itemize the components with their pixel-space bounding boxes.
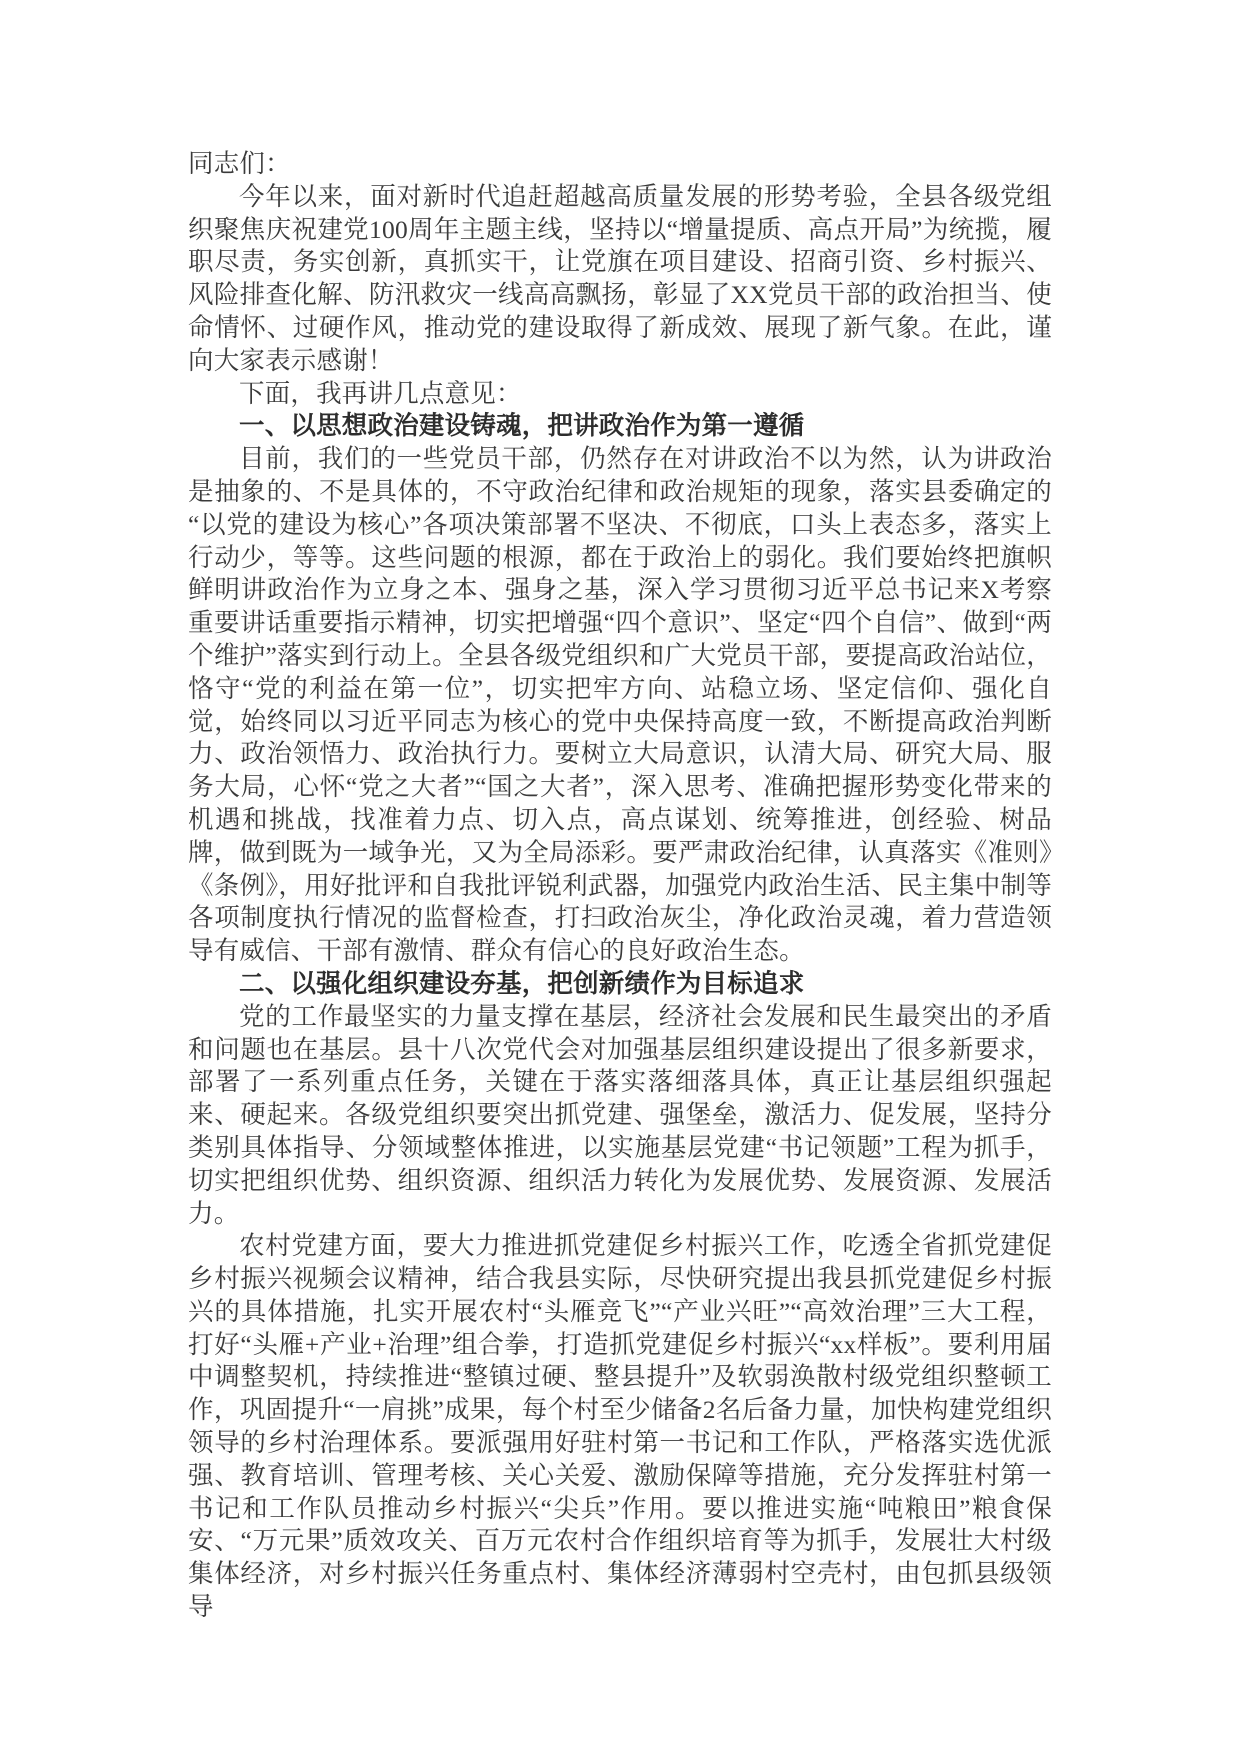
- section-2-heading: 二、以强化组织建设夯基，把创新绩作为目标追求: [188, 968, 1052, 1001]
- section-1-heading: 一、以思想政治建设铸魂，把讲政治作为第一遵循: [188, 410, 1052, 443]
- document-page: 同志们： 今年以来，面对新时代追赶超越高质量发展的形势考验，全县各级党组织聚焦庆…: [0, 0, 1240, 1754]
- intro-paragraph: 今年以来，面对新时代追赶超越高质量发展的形势考验，全县各级党组织聚焦庆祝建党10…: [188, 181, 1052, 378]
- section-2-paragraph-2: 农村党建方面，要大力推进抓党建促乡村振兴工作，吃透全省抓党建促乡村振兴视频会议精…: [188, 1230, 1052, 1624]
- document-body: 同志们： 今年以来，面对新时代追赶超越高质量发展的形势考验，全县各级党组织聚焦庆…: [188, 148, 1052, 1624]
- section-2-paragraph-1: 党的工作最坚实的力量支撑在基层，经济社会发展和民生最突出的矛盾和问题也在基层。县…: [188, 1001, 1052, 1231]
- transition-line: 下面，我再讲几点意见：: [188, 378, 1052, 411]
- salutation-line: 同志们：: [188, 148, 1052, 181]
- section-1-paragraph: 目前，我们的一些党员干部，仍然存在对讲政治不以为然，认为讲政治是抽象的、不是具体…: [188, 443, 1052, 968]
